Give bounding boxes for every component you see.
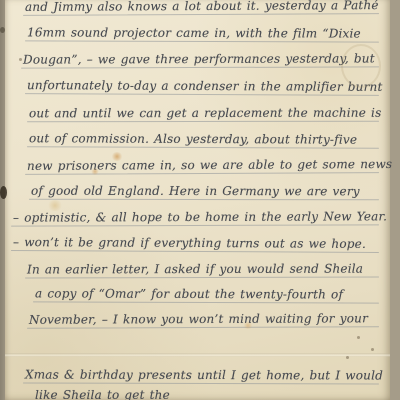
paper-speck: [346, 356, 349, 359]
handwritten-line: In an earlier letter, I asked if you wou…: [27, 260, 379, 279]
handwritten-line: – won’t it be grand if everything turns …: [13, 233, 379, 253]
paper-speck: [357, 336, 360, 339]
handwritten-line: unfortunately to-day a condenser in the …: [27, 76, 379, 96]
paper-speck: [19, 58, 22, 61]
handwritten-line: out and until we can get a replacement t…: [29, 104, 379, 123]
scanned-letter: and Jimmy also knows a lot about it. yes…: [0, 0, 400, 400]
letter-page: and Jimmy also knows a lot about it. yes…: [5, 0, 390, 400]
handwritten-line: Xmas & birthday presents until I get hom…: [25, 366, 379, 385]
handwritten-line: a copy of “Omar” for about the twenty-fo…: [35, 284, 379, 303]
paper-speck: [371, 348, 374, 351]
handwritten-line: new prisoners came in, so we are able to…: [27, 155, 379, 175]
handwritten-line: of good old England. Here in Germany we …: [31, 182, 379, 201]
left-edge-hole-mark: [0, 186, 7, 199]
handwritten-line: like Sheila to get the: [35, 386, 379, 400]
handwritten-line: – optimistic, & all hope to be home in t…: [13, 207, 379, 226]
letter-text-block: and Jimmy also knows a lot about it. yes…: [5, 0, 390, 400]
fold-crease: [5, 353, 390, 357]
handwritten-line: and Jimmy also knows a lot about it. yes…: [25, 0, 379, 16]
handwritten-line: 16mm sound projector came in, with the f…: [27, 23, 379, 42]
handwritten-line: Dougan”, – we gave three performances ye…: [23, 49, 379, 68]
handwritten-line: out of commission. Also yesterday, about…: [29, 129, 379, 149]
left-edge-mark: [0, 27, 5, 33]
handwritten-line: November, – I know you won’t mind waitin…: [29, 309, 379, 329]
